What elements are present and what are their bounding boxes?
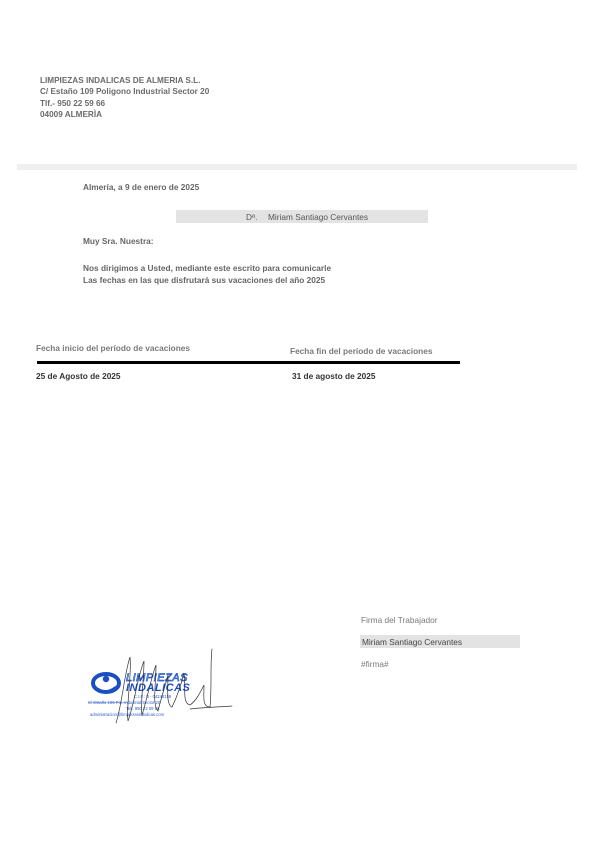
company-stamp: LIMPIEZAS INDALICAS C.I.F.: B - 04248159… [86, 645, 236, 727]
company-postal-city: 04009 ALMERÌA [40, 109, 209, 120]
worker-name: Miriam Santiago Cervantes [362, 637, 462, 647]
signature-label: Firma del Trabajador [361, 615, 438, 625]
company-phone: Tlf.- 950 22 59 66 [40, 98, 209, 109]
recipient-title: Dª. [246, 212, 257, 222]
end-date-value: 31 de agosto de 2025 [292, 371, 375, 381]
svg-text:administracion@limpiezasindali: administracion@limpiezasindalicas.com [90, 712, 165, 717]
header-divider [17, 164, 577, 170]
svg-text:C.I.F.: B - 04248159: C.I.F.: B - 04248159 [134, 694, 172, 699]
start-date-label: Fecha inicio del período de vacaciones [36, 343, 190, 353]
greeting: Muy Sra. Nuestra: [83, 236, 154, 246]
company-header: LIMPIEZAS INDALICAS DE ALMERIA S.L. C/ E… [40, 75, 209, 120]
stamp-logo-icon: LIMPIEZAS INDALICAS C.I.F.: B - 04248159… [86, 645, 236, 727]
body-line-1: Nos dirigimos a Usted, mediante este esc… [83, 263, 331, 275]
start-date-value: 25 de Agosto de 2025 [36, 371, 121, 381]
signature-placeholder: #firma# [361, 659, 389, 669]
letter-body: Nos dirigimos a Usted, mediante este esc… [83, 263, 331, 286]
recipient-name: Miriam Santiago Cervantes [268, 212, 368, 222]
company-name: LIMPIEZAS INDALICAS DE ALMERIA S.L. [40, 75, 209, 86]
body-line-2: Las fechas en las que disfrutará sus vac… [83, 275, 331, 287]
place-date: Almería, a 9 de enero de 2025 [83, 182, 199, 192]
table-rule [37, 361, 460, 364]
company-address: C/ Estaño 109 Poligono Industrial Sector… [40, 86, 209, 97]
end-date-label: Fecha fin del período de vacaciones [290, 346, 432, 356]
